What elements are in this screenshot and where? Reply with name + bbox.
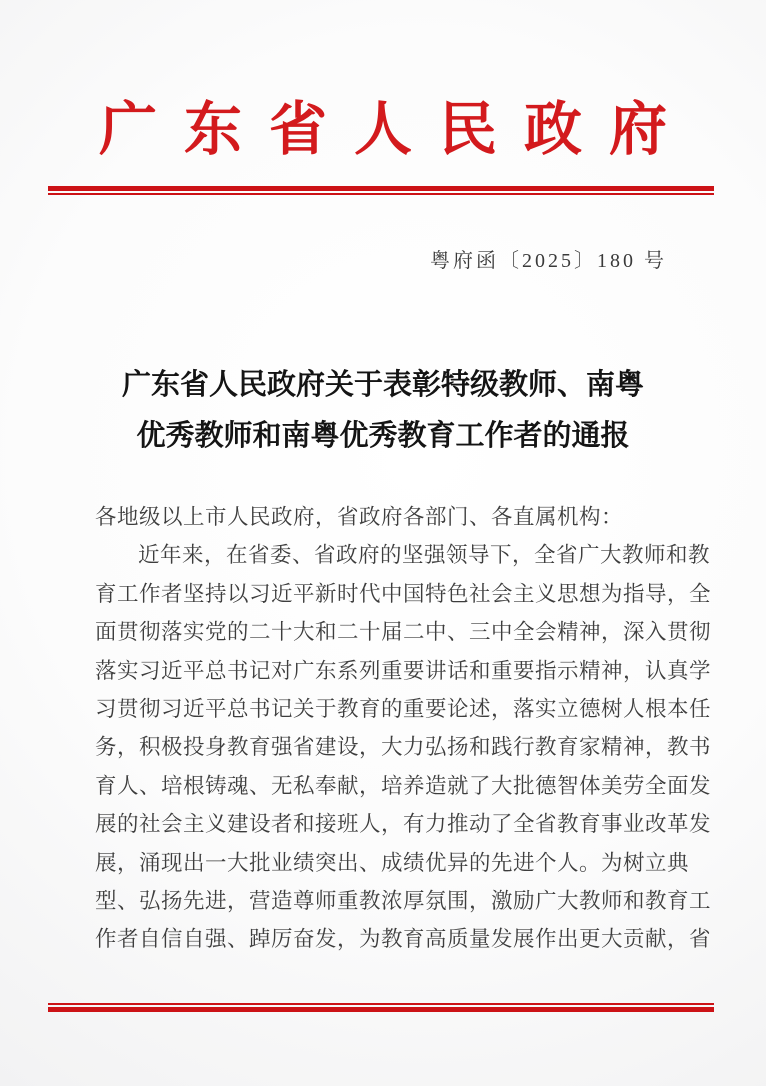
divider-thin-bar — [48, 193, 714, 195]
document-body: 各地级以上市人民政府，省政府各部门、各直属机构： 近年来，在省委、省政府的坚强领… — [95, 498, 671, 959]
document-number: 粤府函〔2025〕180 号 — [430, 248, 667, 274]
body-line: 习贯彻习近平总书记关于教育的重要论述，落实立德树人根本任 — [95, 690, 671, 728]
body-line: 作者自信自强、踔厉奋发，为教育高质量发展作出更大贡献，省 — [95, 920, 671, 958]
salutation-line: 各地级以上市人民政府，省政府各部门、各直属机构： — [95, 498, 671, 536]
body-line: 务，积极投身教育强省建设，大力弘扬和践行教育家精神，教书 — [95, 728, 671, 766]
document-page: 广东省人民政府 粤府函〔2025〕180 号 广东省人民政府关于表彰特级教师、南… — [0, 0, 766, 1086]
body-line: 展的社会主义建设者和接班人，有力推动了全省教育事业改革发 — [95, 805, 671, 843]
body-line: 育人、培根铸魂、无私奉献，培养造就了大批德智体美劳全面发 — [95, 767, 671, 805]
body-line: 育工作者坚持以习近平新时代中国特色社会主义思想为指导，全 — [95, 575, 671, 613]
document-title-line-1: 广东省人民政府关于表彰特级教师、南粤 — [0, 360, 766, 411]
body-line: 型、弘扬先进，营造尊师重教浓厚氛围，激励广大教师和教育工 — [95, 882, 671, 920]
document-title-line-2: 优秀教师和南粤优秀教育工作者的通报 — [0, 411, 766, 462]
letterhead-divider — [48, 186, 714, 195]
letterhead-title: 广东省人民政府 — [0, 94, 766, 166]
document-title: 广东省人民政府关于表彰特级教师、南粤 优秀教师和南粤优秀教育工作者的通报 — [0, 360, 766, 462]
divider-thick-bar — [48, 186, 714, 191]
divider-thick-bar — [48, 1007, 714, 1012]
body-line: 近年来，在省委、省政府的坚强领导下，全省广大教师和教 — [95, 536, 671, 574]
body-line: 展，涌现出一大批业绩突出、成绩优异的先进个人。为树立典 — [95, 844, 671, 882]
divider-thin-bar — [48, 1003, 714, 1005]
body-line: 面贯彻落实党的二十大和二十届二中、三中全会精神，深入贯彻 — [95, 613, 671, 651]
footer-divider — [48, 1003, 714, 1012]
body-line: 落实习近平总书记对广东系列重要讲话和重要指示精神，认真学 — [95, 652, 671, 690]
